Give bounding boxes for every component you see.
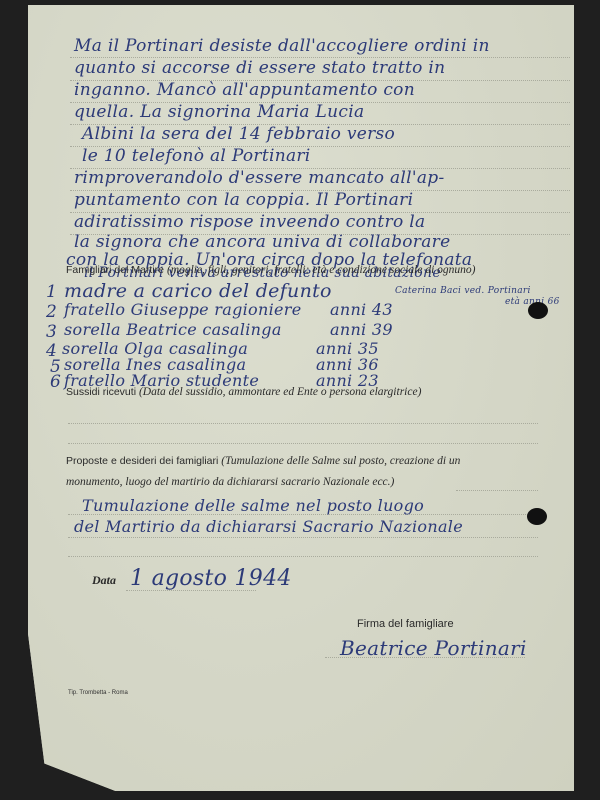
- family-label-text: Famigliari del Martire: [66, 264, 164, 276]
- narrative-line: rimproverandolo d'essere mancato all'ap-: [74, 168, 445, 188]
- ruled-line: [456, 490, 538, 491]
- ruled-line: [68, 423, 538, 424]
- date-value: 1 agosto 1944: [130, 566, 292, 591]
- proposals-label-note-cont: monumento, luogo del martirio da dichiar…: [66, 476, 394, 488]
- proposals-answer-line: del Martirio da dichiararsi Sacrario Naz…: [74, 517, 463, 536]
- signature-label: Firma del famigliare: [357, 618, 454, 630]
- family-member-note: Caterina Baci ved. Portinari: [395, 286, 531, 296]
- proposals-section-label: Proposte e desideri dei famigliari (Tumu…: [66, 455, 460, 467]
- ink-blot: [527, 508, 547, 525]
- date-label: Data: [92, 573, 116, 588]
- proposals-section-label-cont: monumento, luogo del martirio da dichiar…: [66, 476, 394, 488]
- family-member-age: anni 39: [330, 320, 393, 339]
- proposals-label-note: (Tumulazione delle Salme sul posto, crea…: [221, 455, 460, 467]
- family-member-text: fratello Giuseppe ragioniere: [64, 300, 301, 319]
- ink-blot: [528, 302, 548, 319]
- narrative-line: le 10 telefonò al Portinari: [82, 146, 311, 166]
- narrative-line: la signora che ancora univa di collabora…: [74, 232, 450, 252]
- narrative-line: Albini la sera del 14 febbraio verso: [82, 124, 395, 144]
- family-member-text: madre a carico del defunto: [64, 280, 332, 302]
- ruled-line: [68, 537, 538, 538]
- proposals-answer-line: Tumulazione delle salme nel posto luogo: [82, 496, 424, 515]
- narrative-line: Ma il Portinari desiste dall'accogliere …: [74, 36, 490, 56]
- subsidies-section-label: Sussidi ricevuti (Data del sussidio, amm…: [66, 386, 421, 398]
- subsidies-label-note: (Data del sussidio, ammontare ed Ente o …: [139, 386, 421, 398]
- family-member-number: 6: [50, 372, 61, 392]
- narrative-line: quella. La signorina Maria Lucia: [74, 102, 364, 122]
- family-member-number: 2: [46, 302, 57, 322]
- proposals-label-text: Proposte e desideri dei famigliari: [66, 455, 218, 467]
- family-member-age: anni 43: [330, 300, 393, 319]
- ruled-line: [68, 556, 538, 557]
- signature-value: Beatrice Portinari: [340, 636, 527, 660]
- document-page: [28, 5, 574, 791]
- family-section-label: Famigliari del Martire (moglie, figli, g…: [66, 264, 476, 276]
- family-label-note: (moglie, figli, genitori, fratelli: età …: [167, 264, 476, 276]
- family-member-number: 3: [46, 322, 57, 342]
- ruled-line: [68, 443, 538, 444]
- narrative-line: quanto si accorse di essere stato tratto…: [74, 58, 445, 78]
- narrative-line: inganno. Mancò all'appuntamento con: [74, 80, 415, 100]
- narrative-line: adiratissimo rispose inveendo contro la: [74, 212, 425, 232]
- narrative-line: puntamento con la coppia. Il Portinari: [74, 190, 413, 210]
- subsidies-label-text: Sussidi ricevuti: [66, 386, 136, 398]
- printer-imprint: Tip. Trombetta - Roma: [68, 690, 128, 696]
- family-member-text: sorella Beatrice casalinga: [64, 320, 282, 339]
- family-member-number: 1: [46, 282, 57, 302]
